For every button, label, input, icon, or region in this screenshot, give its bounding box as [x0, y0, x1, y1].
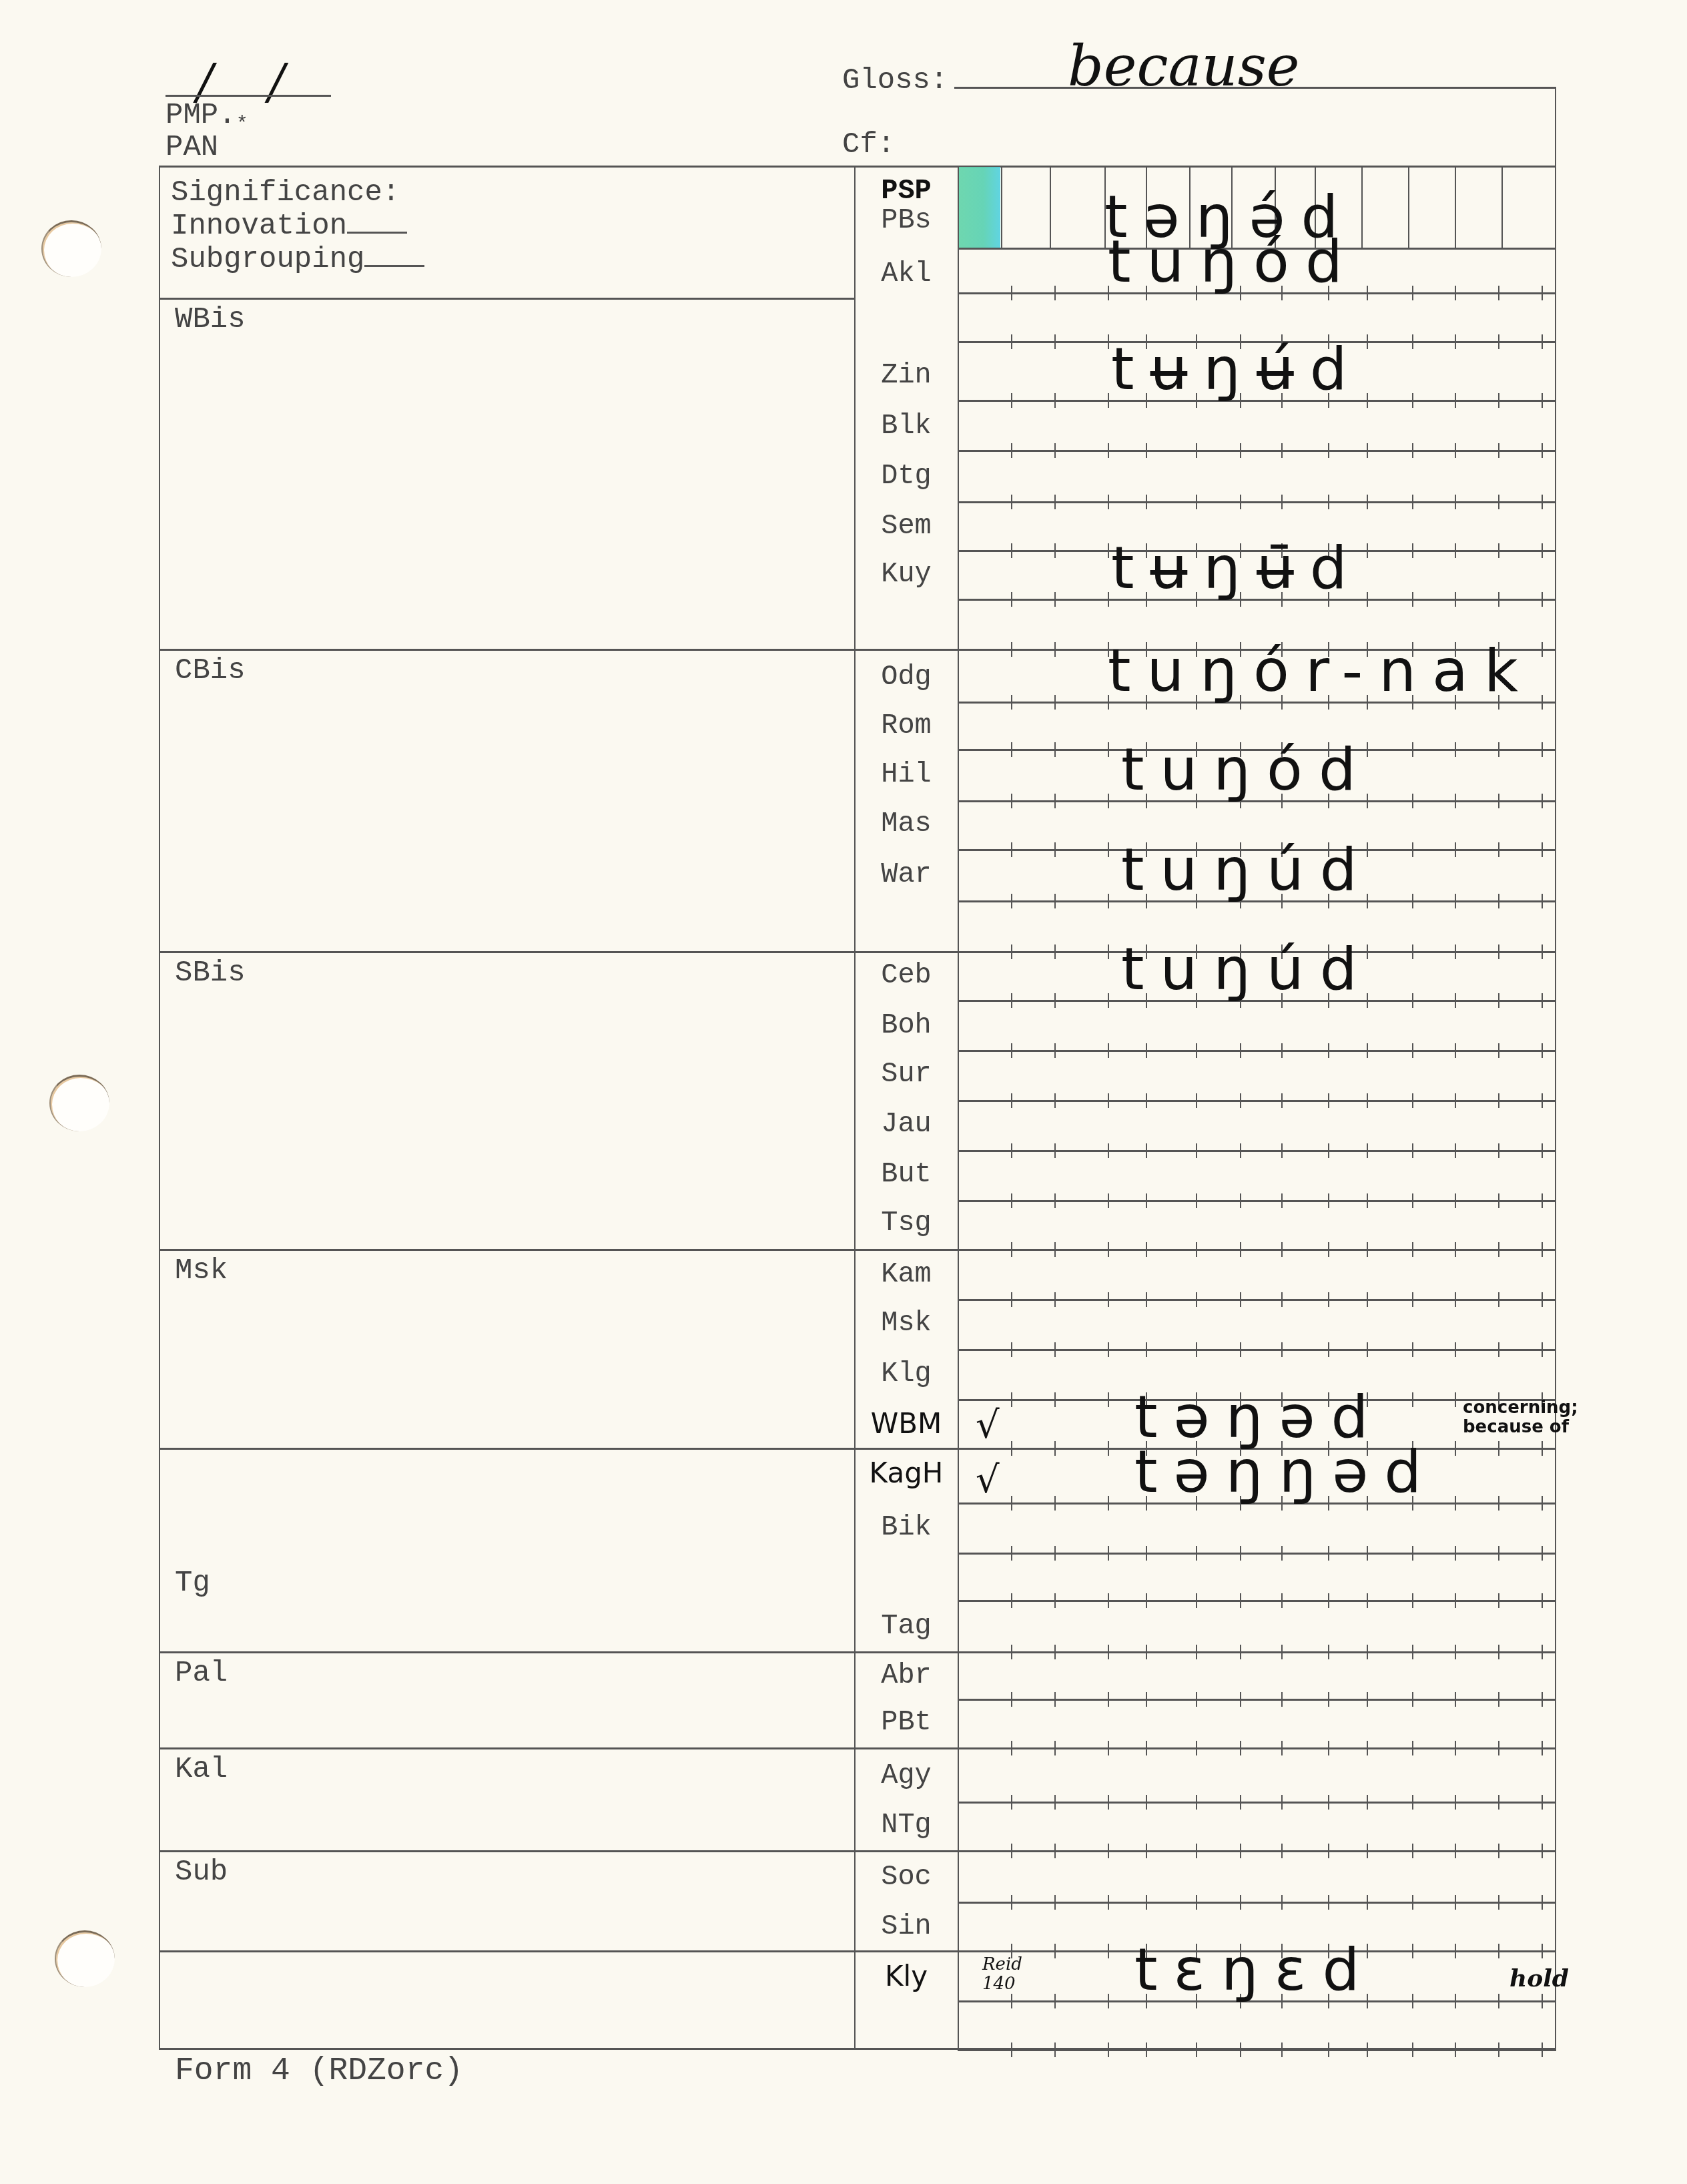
row-tick [1542, 1342, 1543, 1357]
row-tick [1240, 1692, 1241, 1707]
row-tick [1328, 1895, 1329, 1910]
row-tick [1146, 495, 1147, 509]
row-tick [1412, 1546, 1413, 1561]
gloss-label: Gloss: [842, 64, 948, 97]
row-tick [1367, 1242, 1368, 1257]
row-line [958, 1902, 1556, 1904]
row-tick [1146, 1143, 1147, 1158]
row-line [958, 1747, 1556, 1749]
table-left-border [159, 166, 160, 2049]
gloss-note: concerning; because of [1463, 1398, 1583, 1436]
label-column-divider [854, 1249, 958, 1251]
row-tick [1542, 495, 1543, 509]
psp-grid-line [1501, 167, 1503, 248]
row-tick [1054, 1593, 1056, 1608]
row-tick [1412, 1242, 1413, 1257]
row-tick [1455, 1795, 1456, 1810]
language-code: Akl [856, 258, 956, 290]
row-tick [1328, 1645, 1329, 1659]
row-tick [1054, 1944, 1056, 1958]
row-tick [1054, 443, 1056, 458]
row-tick [1542, 334, 1543, 349]
row-tick [1011, 1193, 1012, 1208]
row-tick [1542, 592, 1543, 607]
row-tick [1011, 642, 1012, 657]
row-tick [1542, 1645, 1543, 1659]
row-tick [1498, 1496, 1499, 1511]
language-code: PBt [856, 1706, 956, 1738]
row-tick [1240, 443, 1241, 458]
row-tick [1455, 1093, 1456, 1108]
row-tick [1498, 993, 1499, 1008]
row-tick [1412, 1093, 1413, 1108]
row-tick [1196, 1895, 1197, 1910]
row-tick [1011, 443, 1012, 458]
row-tick [1498, 1994, 1499, 2008]
row-tick [1412, 1944, 1413, 1958]
row-tick [1196, 495, 1197, 509]
language-code: Kam [856, 1258, 956, 1290]
row-tick [1054, 1392, 1056, 1407]
row-tick [1011, 742, 1012, 757]
row-tick [1367, 1093, 1368, 1108]
row-tick [1367, 1193, 1368, 1208]
subgrouping-field[interactable]: Subgrouping [171, 243, 424, 276]
row-tick [1498, 1795, 1499, 1810]
row-tick [1412, 1342, 1413, 1357]
source-reference: Reid 140 [982, 1955, 1029, 1993]
row-tick [1412, 1292, 1413, 1307]
row-tick [1281, 1692, 1283, 1707]
row-line [958, 2049, 1556, 2051]
row-tick [1281, 1342, 1283, 1357]
row-tick [1146, 1645, 1147, 1659]
row-tick [1498, 1895, 1499, 1910]
row-tick [1240, 1342, 1241, 1357]
row-tick [1281, 1593, 1283, 1608]
reflex-form[interactable]: tɛŋɛd [1134, 1940, 1375, 1999]
row-tick [1108, 1292, 1109, 1307]
row-tick [1108, 1342, 1109, 1357]
language-code: Dtg [856, 460, 956, 492]
innovation-field[interactable]: Innovation [171, 210, 424, 243]
form-label: Form 4 (RDZorc) [175, 2053, 463, 2089]
row-tick [1146, 2042, 1147, 2057]
row-tick [1054, 1143, 1056, 1158]
row-tick [1054, 1043, 1056, 1058]
punch-hole-bottom [55, 1930, 115, 1987]
punch-hole-top [41, 220, 101, 277]
gloss-underline [954, 87, 1555, 89]
row-tick [1011, 1292, 1012, 1307]
reflex-form[interactable]: tuŋúd [1121, 840, 1373, 899]
row-tick [1367, 1292, 1368, 1307]
row-tick [1240, 1895, 1241, 1910]
row-tick [1054, 2042, 1056, 2057]
row-tick [1455, 944, 1456, 959]
row-tick [1054, 1193, 1056, 1208]
reflex-form[interactable]: tuŋór-nak [1108, 641, 1534, 700]
section-label-cbis: CBis [175, 654, 246, 688]
row-tick [1146, 1844, 1147, 1858]
row-tick [1011, 543, 1012, 558]
row-tick [1240, 1795, 1241, 1810]
pan-label: PAN [165, 131, 218, 164]
row-tick [1196, 1342, 1197, 1357]
row-tick [1281, 1292, 1283, 1307]
row-tick [1054, 1795, 1056, 1810]
row-tick [1281, 1795, 1283, 1810]
innovation-label: Innovation [171, 210, 347, 243]
row-tick [1455, 1193, 1456, 1208]
row-tick [1498, 334, 1499, 349]
row-tick [1455, 1143, 1456, 1158]
row-tick [1196, 1043, 1197, 1058]
row-tick [1054, 1441, 1056, 1456]
language-code: PBs [856, 204, 956, 236]
row-tick [1412, 286, 1413, 300]
row-tick [1498, 894, 1499, 908]
reflex-form[interactable]: tuŋód [1108, 232, 1359, 291]
row-tick [1281, 1242, 1283, 1257]
row-tick [1542, 1143, 1543, 1158]
row-tick [1455, 742, 1456, 757]
row-tick [1054, 1692, 1056, 1707]
language-code: PSP [856, 175, 956, 207]
row-tick [1108, 1093, 1109, 1108]
row-tick [1455, 1392, 1456, 1407]
date-underline [165, 95, 331, 97]
row-tick [1240, 1645, 1241, 1659]
gloss-value[interactable]: because [1068, 33, 1300, 99]
row-tick [1240, 1193, 1241, 1208]
row-tick [1455, 495, 1456, 509]
row-tick [1542, 1546, 1543, 1561]
label-column-divider [854, 1448, 958, 1450]
row-tick [1011, 1546, 1012, 1561]
language-code: Soc [856, 1861, 956, 1893]
row-tick [1108, 443, 1109, 458]
row-tick [1011, 286, 1012, 300]
row-tick [1542, 1692, 1543, 1707]
row-tick [1412, 543, 1413, 558]
row-tick [1367, 1593, 1368, 1608]
row-tick [1412, 1392, 1413, 1407]
section-label-sub: Sub [175, 1856, 228, 1889]
row-tick [1412, 742, 1413, 757]
row-tick [1455, 894, 1456, 908]
row-tick [1108, 842, 1109, 857]
language-code: War [856, 858, 956, 890]
section-label-pal: Pal [175, 1657, 228, 1690]
row-tick [1542, 1292, 1543, 1307]
row-tick [1455, 993, 1456, 1008]
row-tick [1108, 592, 1109, 607]
psp-grid-line [1408, 167, 1409, 248]
row-tick [1455, 1741, 1456, 1755]
row-tick [1281, 1844, 1283, 1858]
row-tick [1196, 1593, 1197, 1608]
row-tick [1196, 1242, 1197, 1257]
row-tick [1281, 1741, 1283, 1755]
row-tick [1240, 1292, 1241, 1307]
language-code: But [856, 1158, 956, 1190]
row-tick [1281, 1546, 1283, 1561]
row-tick [1011, 1143, 1012, 1158]
row-tick [1455, 1043, 1456, 1058]
row-tick [1011, 1895, 1012, 1910]
row-tick [1542, 944, 1543, 959]
row-tick [1011, 2042, 1012, 2057]
row-tick [1542, 1093, 1543, 1108]
row-tick [1367, 1342, 1368, 1357]
row-tick [1054, 1242, 1056, 1257]
row-tick [1412, 443, 1413, 458]
row-tick [1146, 1242, 1147, 1257]
row-tick [1328, 495, 1329, 509]
row-tick [1108, 1143, 1109, 1158]
language-code: Mas [856, 808, 956, 840]
section-divider [159, 649, 958, 651]
label-column-divider [854, 1950, 958, 1952]
row-tick [1054, 592, 1056, 607]
row-tick [1054, 334, 1056, 349]
row-tick [1542, 1844, 1543, 1858]
language-code: Tsg [856, 1207, 956, 1239]
row-tick [1498, 742, 1499, 757]
row-tick [1412, 1645, 1413, 1659]
row-line [958, 1802, 1556, 1804]
row-line [958, 501, 1556, 503]
row-tick [1196, 1844, 1197, 1858]
row-tick [1412, 1692, 1413, 1707]
row-tick [1498, 842, 1499, 857]
row-tick [1146, 1292, 1147, 1307]
section-divider [159, 951, 958, 953]
row-tick [1498, 2042, 1499, 2057]
row-tick [1196, 1692, 1197, 1707]
row-tick [1281, 2042, 1283, 2057]
row-tick [1240, 1546, 1241, 1561]
row-tick [1412, 592, 1413, 607]
section-label-tg: Tg [175, 1567, 210, 1600]
reflex-form[interactable]: tuŋúd [1121, 940, 1373, 999]
row-tick [1054, 894, 1056, 908]
row-tick [1542, 1994, 1543, 2008]
row-tick [1542, 1193, 1543, 1208]
row-tick [1455, 1692, 1456, 1707]
row-tick [1328, 1546, 1329, 1561]
row-tick [1281, 1143, 1283, 1158]
language-code: Sem [856, 510, 956, 542]
row-tick [1054, 1844, 1056, 1858]
language-code: Sin [856, 1910, 956, 1942]
row-tick [1412, 1143, 1413, 1158]
row-line [958, 1600, 1556, 1602]
reflex-form[interactable]: tʉŋʉ́d [1111, 340, 1363, 398]
row-tick [1108, 543, 1109, 558]
row-tick [1146, 1043, 1147, 1058]
row-tick [1011, 894, 1012, 908]
row-tick [1240, 1093, 1241, 1108]
row-tick [1011, 1043, 1012, 1058]
row-tick [1542, 2042, 1543, 2057]
row-tick [1455, 1844, 1456, 1858]
row-tick [1054, 1093, 1056, 1108]
row-tick [1498, 1093, 1499, 1108]
row-line [958, 1850, 1556, 1852]
row-tick [1108, 1392, 1109, 1407]
row-tick [1455, 393, 1456, 408]
row-tick [1328, 1043, 1329, 1058]
row-tick [1328, 1193, 1329, 1208]
row-tick [1011, 334, 1012, 349]
row-tick [1108, 1692, 1109, 1707]
psp-grid-line [1361, 167, 1363, 248]
language-code: Hil [856, 758, 956, 790]
row-tick [1412, 1994, 1413, 2008]
row-tick [1498, 286, 1499, 300]
punch-hole-middle [49, 1075, 109, 1131]
row-tick [1054, 1994, 1056, 2008]
row-tick [1455, 592, 1456, 607]
language-code: Agy [856, 1759, 956, 1792]
table-right-border [1555, 87, 1556, 2049]
row-tick [1455, 794, 1456, 808]
row-tick [1412, 1895, 1413, 1910]
row-tick [1498, 1193, 1499, 1208]
row-tick [1412, 1741, 1413, 1755]
row-tick [1542, 642, 1543, 657]
row-tick [1146, 1193, 1147, 1208]
row-tick [1328, 1242, 1329, 1257]
row-tick [1146, 1546, 1147, 1561]
row-tick [1196, 2042, 1197, 2057]
row-tick [1542, 742, 1543, 757]
row-tick [1108, 993, 1109, 1008]
row-tick [1542, 1242, 1543, 1257]
row-tick [1542, 543, 1543, 558]
row-tick [1196, 1546, 1197, 1561]
row-tick [1196, 1292, 1197, 1307]
row-tick [1367, 1143, 1368, 1158]
row-tick [1146, 1093, 1147, 1108]
row-tick [1054, 944, 1056, 959]
row-tick [1240, 1043, 1241, 1058]
row-tick [1054, 1342, 1056, 1357]
row-tick [1455, 1546, 1456, 1561]
row-tick [1455, 1242, 1456, 1257]
language-code: Ceb [856, 959, 956, 991]
row-tick [1542, 842, 1543, 857]
row-tick [1108, 794, 1109, 808]
row-tick [1054, 543, 1056, 558]
row-tick [1367, 1043, 1368, 1058]
gloss-note: hold [1509, 1966, 1569, 1992]
reflex-form[interactable]: tʉŋʉ̄d [1111, 539, 1363, 597]
row-tick [1328, 1143, 1329, 1158]
section-divider [159, 1448, 958, 1450]
row-tick [1054, 286, 1056, 300]
row-tick [1542, 695, 1543, 710]
psp-highlight [959, 167, 1000, 248]
row-line [958, 1100, 1556, 1102]
row-line [958, 1050, 1556, 1052]
section-divider [159, 1651, 958, 1653]
row-tick [1328, 443, 1329, 458]
row-tick [1146, 1593, 1147, 1608]
row-tick [1196, 443, 1197, 458]
row-tick [1498, 1546, 1499, 1561]
row-tick [1281, 1043, 1283, 1058]
row-tick [1367, 1795, 1368, 1810]
row-tick [1455, 443, 1456, 458]
row-tick [1011, 1342, 1012, 1357]
row-tick [1498, 443, 1499, 458]
row-tick [1108, 894, 1109, 908]
row-tick [1367, 495, 1368, 509]
row-tick [1011, 842, 1012, 857]
row-tick [1054, 1645, 1056, 1659]
row-line [958, 450, 1556, 452]
row-tick [1011, 393, 1012, 408]
row-tick [1281, 495, 1283, 509]
row-tick [1455, 1895, 1456, 1910]
row-tick [1108, 1593, 1109, 1608]
row-tick [1108, 1895, 1109, 1910]
row-tick [1240, 1844, 1241, 1858]
row-tick [1146, 1795, 1147, 1810]
section-label-msk: Msk [175, 1254, 228, 1288]
row-tick [1455, 1994, 1456, 2008]
row-tick [1455, 1441, 1456, 1456]
language-code: Tag [856, 1610, 956, 1642]
row-tick [1011, 695, 1012, 710]
row-tick [1011, 1795, 1012, 1810]
pmp-asterisk: * [236, 113, 248, 136]
row-tick [1054, 495, 1056, 509]
section-label-wbis: WBis [175, 303, 246, 336]
label-column-divider [854, 1651, 958, 1653]
row-tick [1011, 1496, 1012, 1511]
row-tick [1054, 1546, 1056, 1561]
row-tick [1108, 1741, 1109, 1755]
reflex-form[interactable]: tuŋód [1121, 740, 1372, 799]
row-tick [1108, 1844, 1109, 1858]
row-tick [1240, 1593, 1241, 1608]
row-tick [1542, 286, 1543, 300]
row-tick [1412, 1593, 1413, 1608]
row-tick [1455, 1645, 1456, 1659]
cf-label: Cf: [842, 128, 895, 162]
section-divider [159, 1249, 958, 1251]
reflex-form[interactable]: təŋŋəd [1134, 1442, 1437, 1501]
row-tick [1108, 1193, 1109, 1208]
row-tick [1455, 1496, 1456, 1511]
row-tick [1542, 1795, 1543, 1810]
language-code: Zin [856, 359, 956, 391]
row-tick [1498, 1741, 1499, 1755]
row-tick [1542, 1741, 1543, 1755]
row-tick [1455, 334, 1456, 349]
row-tick [1412, 1795, 1413, 1810]
row-tick [1054, 742, 1056, 757]
row-tick [1498, 1342, 1499, 1357]
check-mark-icon: √ [976, 1458, 1000, 1502]
row-tick [1367, 1895, 1368, 1910]
row-line [958, 1349, 1556, 1351]
psp-grid-line [1050, 167, 1051, 248]
